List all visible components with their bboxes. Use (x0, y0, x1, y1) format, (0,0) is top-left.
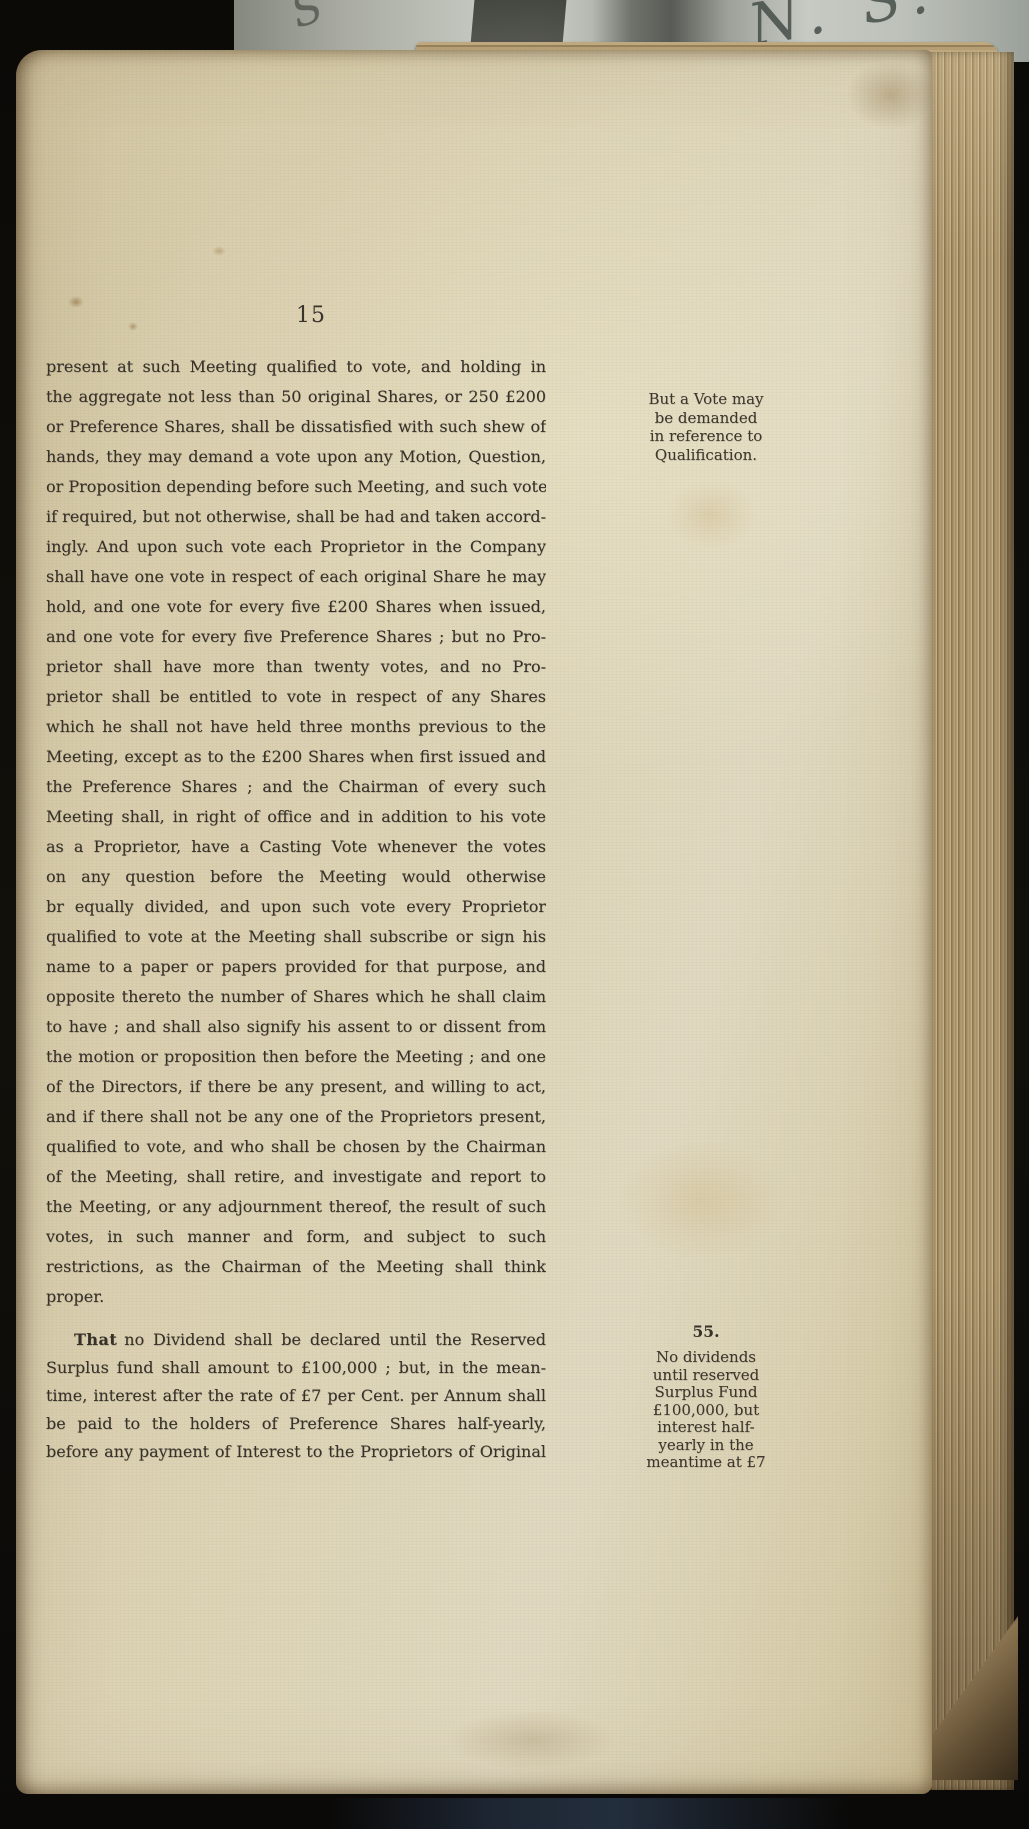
foxing-stain (616, 1140, 786, 1260)
text-line: Meeting, except as to the £200 Shares wh… (46, 742, 546, 772)
text-line: be paid to the holders of Preference Sha… (46, 1410, 546, 1438)
text-line: of the Meeting, shall retire, and invest… (46, 1162, 546, 1192)
text-line: present at such Meeting qualified to vot… (46, 352, 546, 382)
margin-note-line: in reference to (614, 427, 798, 446)
text-line: as a Proprietor, have a Casting Vote whe… (46, 832, 546, 862)
photo-scene: S N. S. 15 present at such Meeting quali… (0, 0, 1029, 1829)
text-line: or Proposition depending before such Mee… (46, 472, 546, 502)
margin-note-line: £100,000, but (614, 1402, 798, 1420)
text-line: or Preference Shares, shall be dissatisf… (46, 412, 546, 442)
text-line: votes, in such manner and form, and subj… (46, 1222, 546, 1252)
blackletter-lead-word: That (74, 1330, 117, 1349)
fore-edge-shading (926, 52, 1014, 1790)
text-line: if required, but not otherwise, shall be… (46, 502, 546, 532)
margin-note-line: interest half- (614, 1419, 798, 1437)
text-line: which he shall not have held three month… (46, 712, 546, 742)
text-line: hands, they may demand a vote upon any M… (46, 442, 546, 472)
foxing-stain (212, 246, 226, 256)
text-line: shall have one vote in respect of each o… (46, 562, 546, 592)
page-number: 15 (281, 303, 341, 328)
clause-number: 55. (614, 1322, 798, 1341)
text-line: qualified to vote at the Meeting shall s… (46, 922, 546, 952)
text-line: and if there shall not be any one of the… (46, 1102, 546, 1132)
text-line: and one vote for every five Preference S… (46, 622, 546, 652)
text-line: opposite thereto the number of Shares wh… (46, 982, 546, 1012)
margin-note-line: meantime at £7 (614, 1454, 798, 1472)
book-page: 15 present at such Meeting qualified to … (16, 50, 932, 1794)
text-line: prietor shall have more than twenty vote… (46, 652, 546, 682)
text-line: ingly. And upon such vote each Proprieto… (46, 532, 546, 562)
text-line: name to a paper or papers provided for t… (46, 952, 546, 982)
text-line: qualified to vote, and who shall be chos… (46, 1132, 546, 1162)
foxing-stain (446, 1710, 616, 1770)
text-line: on any question before the Meeting would… (46, 862, 546, 892)
margin-note-line: Qualification. (614, 446, 798, 465)
margin-note-line: No dividends (614, 1349, 798, 1367)
text-line: br equally divided, and upon such vote e… (46, 892, 546, 922)
text-line: the aggregate not less than 50 original … (46, 382, 546, 412)
text-line-rest: no Dividend shall be declared until the … (124, 1330, 546, 1349)
margin-note-vote-demand: But a Vote may be demanded in reference … (614, 390, 798, 464)
text-line: hold, and one vote for every five £200 S… (46, 592, 546, 622)
text-line: the Meeting, or any adjournment thereof,… (46, 1192, 546, 1222)
text-line: the Preference Shares ; and the Chairman… (46, 772, 546, 802)
foxing-stain (846, 60, 936, 130)
margin-note-line: be demanded (614, 409, 798, 428)
margin-note-line: yearly in the (614, 1437, 798, 1455)
bottom-shadow (330, 1798, 850, 1829)
margin-note-line: Surplus Fund (614, 1384, 798, 1402)
text-line: before any payment of Interest to the Pr… (46, 1438, 546, 1466)
margin-note-line: until reserved (614, 1367, 798, 1385)
foxing-stain (68, 296, 84, 308)
margin-note-line: But a Vote may (614, 390, 798, 409)
text-line: proper. (46, 1282, 546, 1312)
text-line: time, interest after the rate of £7 per … (46, 1382, 546, 1410)
text-line: to have ; and shall also signify his ass… (46, 1012, 546, 1042)
margin-note-no-dividends: No dividends until reserved Surplus Fund… (614, 1349, 798, 1472)
text-line: the motion or proposition then before th… (46, 1042, 546, 1072)
text-line: of the Directors, if there be any presen… (46, 1072, 546, 1102)
text-line: restrictions, as the Chairman of the Mee… (46, 1252, 546, 1282)
text-line: Surplus fund shall amount to £100,000 ; … (46, 1354, 546, 1382)
text-line: Thatno Dividend shall be declared until … (46, 1326, 546, 1354)
paragraph-dividend-clause: Thatno Dividend shall be declared until … (46, 1326, 546, 1466)
foxing-stain (128, 322, 138, 331)
foxing-stain (666, 480, 756, 550)
text-line: Meeting shall, in right of office and in… (46, 802, 546, 832)
body-text-column: present at such Meeting qualified to vot… (46, 352, 546, 1466)
text-line: prietor shall be entitled to vote in res… (46, 682, 546, 712)
paragraph-voting-rules: present at such Meeting qualified to vot… (46, 352, 546, 1312)
